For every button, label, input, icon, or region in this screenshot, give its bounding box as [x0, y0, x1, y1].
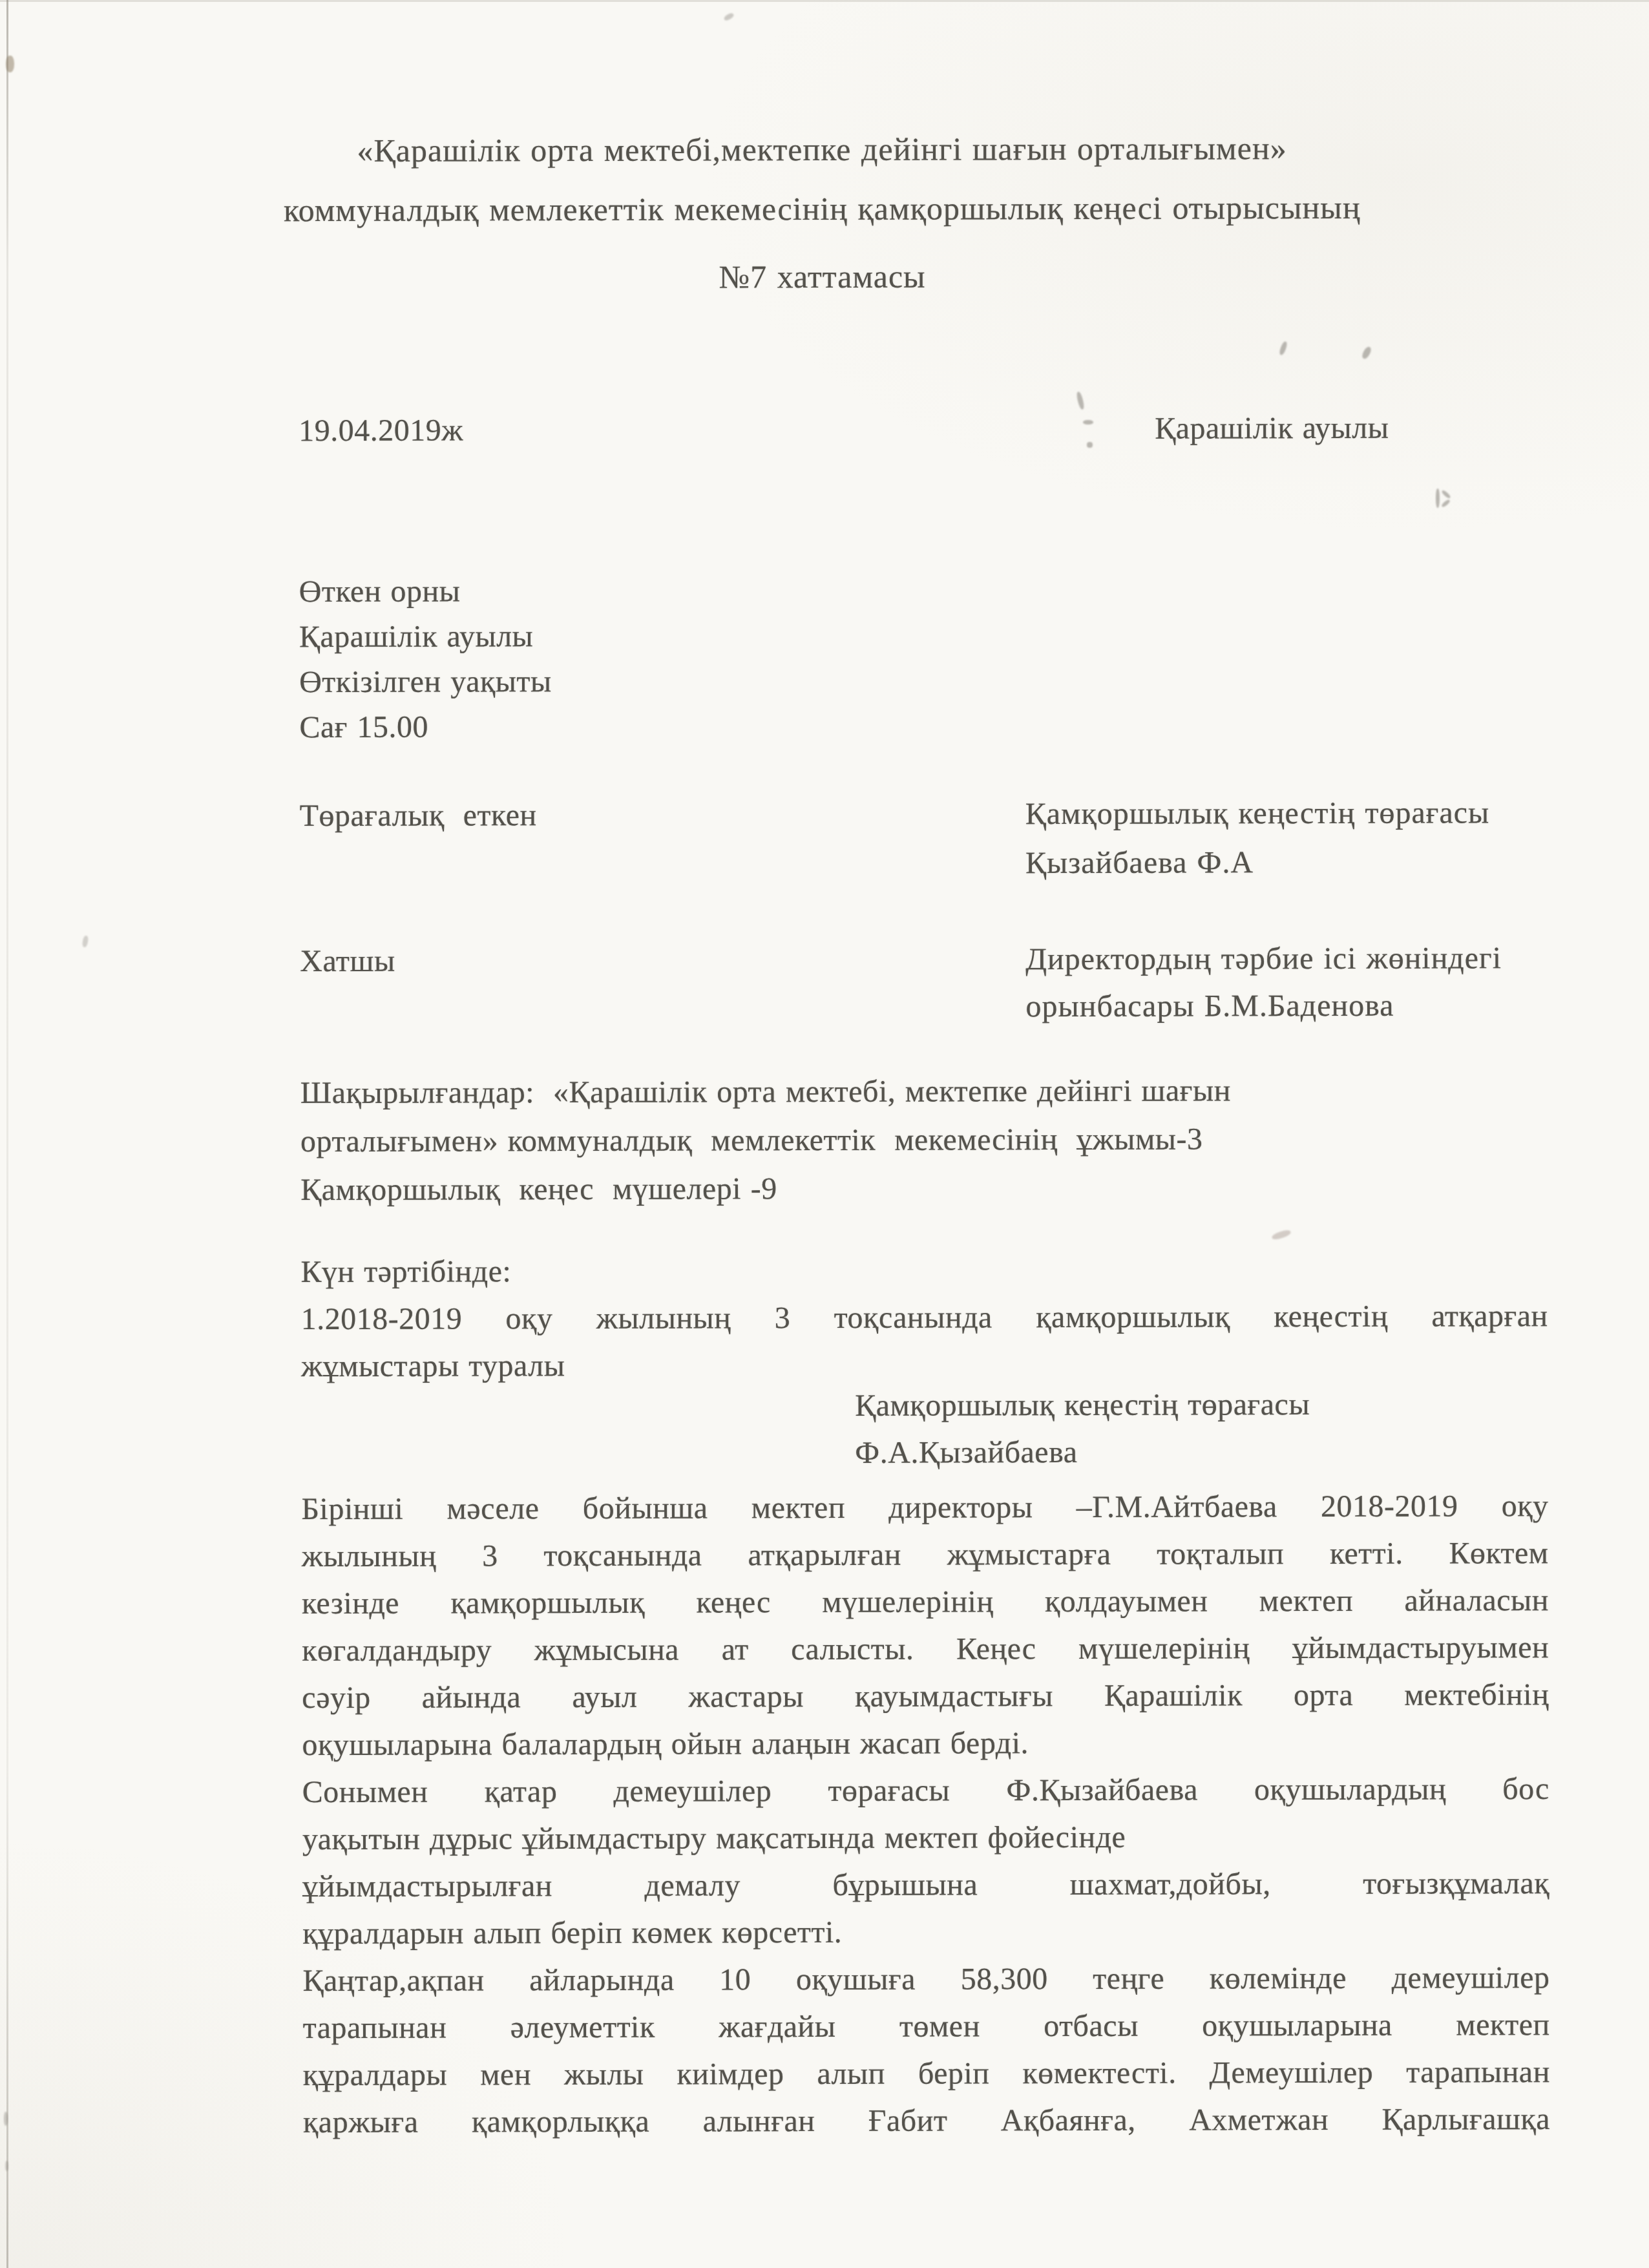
time-value: Сағ 15.00 [299, 704, 552, 750]
body-line-6: оқушыларына балалардың ойын алаңын жасап… [302, 1718, 1549, 1769]
body-line-10: құралдарын алып беріп көмек көрсетті. [302, 1907, 1549, 1957]
secretary-value: Директордың тәрбие ісі жөніндегі орынбас… [1025, 934, 1502, 1030]
ink-squiggle [1083, 420, 1093, 425]
scan-edge-mark [5, 2161, 8, 2171]
body-paragraphs: Бірінші мәселе бойынша мектеп директоры … [301, 1482, 1550, 2146]
agenda-block: Күн тәртібінде: 1.2018-2019 оқу жылының … [300, 1245, 1548, 1390]
title-line-2: коммуналдық мемлекеттік мекемесінің қамқ… [0, 177, 1646, 241]
venue-value: Қарашілік ауылы [299, 614, 552, 660]
body-line-7: Сонымен қатар демеушілер төрағасы Ф.Қыза… [302, 1765, 1549, 1816]
body-line-11: Қаңтар,ақпан айларында 10 оқушыға 58,300… [302, 1954, 1549, 2004]
invited-block: Шақырылғандар: «Қарашілік орта мектебі, … [300, 1066, 1232, 1214]
body-line-1: Бірінші мәселе бойынша мектеп директоры … [301, 1482, 1548, 1533]
scanned-document-page: «Қарашілік орта мектебі,мектепке дейінгі… [0, 0, 1649, 2268]
agenda-item-line-1: 1.2018-2019 оқу жылының 3 тоқсанында қам… [301, 1292, 1548, 1343]
body-line-14: қаржыға қамқорлыққа алынған Ғабит Ақбаян… [303, 2095, 1550, 2146]
invited-line-3: Қамқоршылық кеңес мүшелері -9 [300, 1163, 1231, 1214]
agenda-speaker-line-1: Қамқоршылық кеңестің төрағасы [855, 1381, 1310, 1429]
body-line-12: тарапынан әлеуметтік жағдайы төмен отбас… [303, 2001, 1550, 2052]
title-line-1: «Қарашілік орта мектебі,мектепке дейінгі… [0, 118, 1646, 182]
document-place: Қарашілік ауылы [1155, 404, 1389, 452]
agenda-heading: Күн тәртібінде: [300, 1245, 1548, 1296]
secretary-label: Хатшы [300, 938, 395, 985]
invited-line-1: Шақырылғандар: «Қарашілік орта мектебі, … [300, 1066, 1231, 1117]
ink-mark [1436, 488, 1440, 508]
body-line-4: көгалдандыру жұмысына ат салысты. Кеңес … [302, 1624, 1549, 1674]
chair-value: Қамқоршылық кеңестің төрағасы Қызайбаева… [1025, 788, 1490, 888]
chair-value-line-2: Қызайбаева Ф.А [1025, 837, 1490, 888]
venue-block: Өткен орны Қарашілік ауылы Өткізілген уа… [299, 569, 552, 750]
body-line-5: сәуір айында ауыл жастары қауымдастығы Қ… [302, 1671, 1549, 1721]
scan-edge-mark [4, 2112, 8, 2126]
invited-line-2: орталығымен» коммуналдық мемлекеттік мек… [300, 1115, 1231, 1166]
secretary-value-line-1: Директордың тәрбие ісі жөніндегі [1025, 934, 1502, 983]
body-line-8: уақытын дұрыс ұйымдастыру мақсатында мек… [302, 1812, 1549, 1863]
body-line-9: ұйымдастырылған демалу бұрышына шахмат,д… [302, 1860, 1549, 1910]
venue-label: Өткен орны [299, 569, 552, 614]
protocol-number: №7 хаттамасы [0, 251, 1647, 303]
secretary-value-line-2: орынбасары Б.М.Баденова [1025, 982, 1502, 1030]
time-label: Өткізілген уақыты [299, 659, 552, 705]
scan-edge-mark [6, 56, 14, 72]
body-line-13: құралдары мен жылы киімдер алып беріп кө… [303, 2048, 1550, 2099]
agenda-speaker-line-2: Ф.А.Қызайбаева [855, 1428, 1310, 1476]
chair-label: Төрағалық еткен [300, 792, 537, 839]
body-line-3: кезінде қамқоршылық кеңес мүшелерінің қо… [302, 1577, 1549, 1627]
ink-squiggle [1087, 442, 1093, 448]
body-line-2: жылының 3 тоқсанында атқарылған жұмыстар… [302, 1529, 1549, 1580]
document-title: «Қарашілік орта мектебі,мектепке дейінгі… [0, 118, 1646, 241]
document-date: 19.04.2019ж [299, 406, 463, 454]
agenda-speaker-block: Қамқоршылық кеңестің төрағасы Ф.А.Қызайб… [855, 1381, 1310, 1476]
document-content: «Қарашілік орта мектебі,мектепке дейінгі… [0, 0, 1649, 2268]
chair-value-line-1: Қамқоршылық кеңестің төрағасы [1025, 788, 1490, 839]
